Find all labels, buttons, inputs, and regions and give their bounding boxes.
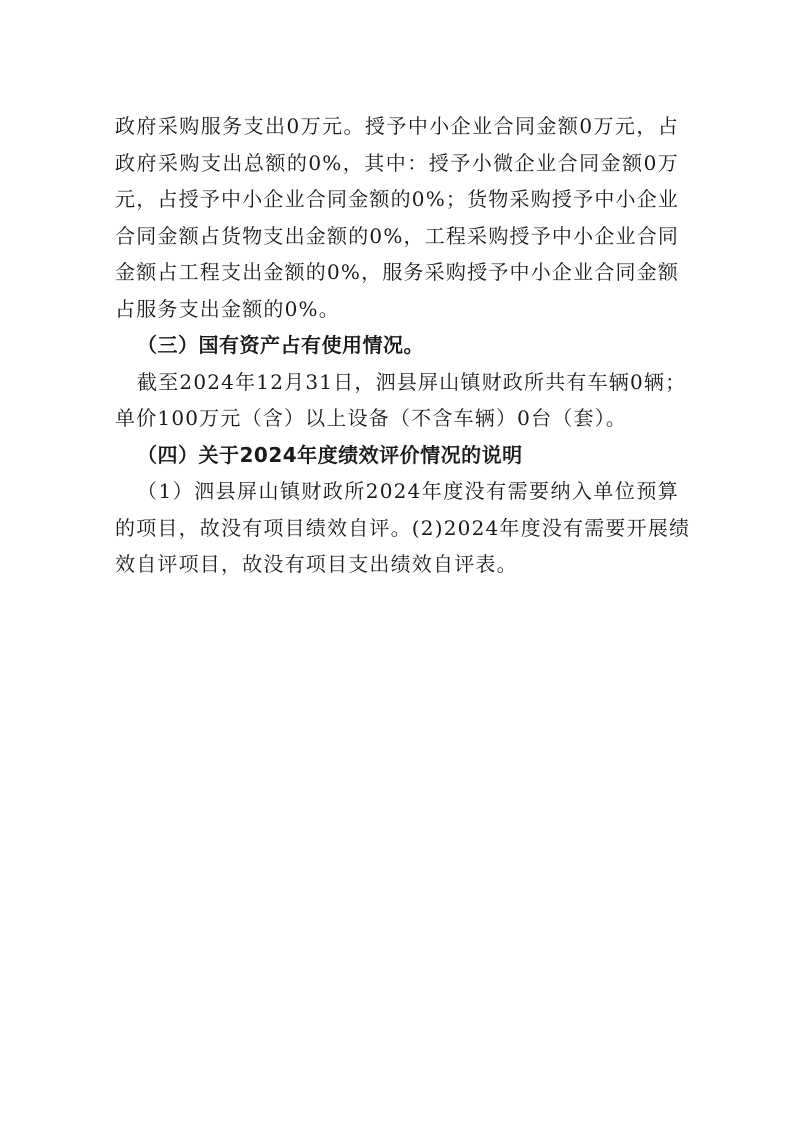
paragraph-performance-evaluation: （1）泗县屏山镇财政所2024年度没有需要纳入单位预算 的项目，故没有项目绩效自… [115,473,679,583]
section-heading-performance-evaluation: （四）关于2024年度绩效评价情况的说明 [115,437,679,474]
text-line: 效自评项目，故没有项目支出绩效自评表。 [115,546,679,583]
text-line: 政府采购支出总额的0%，其中：授予小微企业合同金额0万 [115,145,679,182]
text-line: 合同金额占货物支出金额的0%，工程采购授予中小企业合同 [115,218,679,255]
text-line: 占服务支出金额的0%。 [115,291,679,328]
section-heading-state-assets: （三）国有资产占有使用情况。 [115,327,679,364]
text-line: 元，占授予中小企业合同金额的0%；货物采购授予中小企业 [115,181,679,218]
text-line: 政府采购服务支出0万元。授予中小企业合同金额0万元，占 [115,108,679,145]
paragraph-state-assets: 截至2024年12月31日，泗县屏山镇财政所共有车辆0辆； 单价100万元（含）… [115,364,679,437]
text-line: 的项目，故没有项目绩效自评。(2)2024年度没有需要开展绩 [115,510,679,547]
text-line: 金额占工程支出金额的0%，服务采购授予中小企业合同金额 [115,254,679,291]
text-line: （1）泗县屏山镇财政所2024年度没有需要纳入单位预算 [115,473,679,510]
paragraph-procurement: 政府采购服务支出0万元。授予中小企业合同金额0万元，占 政府采购支出总额的0%，… [115,108,679,327]
document-page: 政府采购服务支出0万元。授予中小企业合同金额0万元，占 政府采购支出总额的0%，… [115,108,679,583]
text-line: 截至2024年12月31日，泗县屏山镇财政所共有车辆0辆； [115,364,679,401]
text-line: 单价100万元（含）以上设备（不含车辆）0台（套）。 [115,400,679,437]
